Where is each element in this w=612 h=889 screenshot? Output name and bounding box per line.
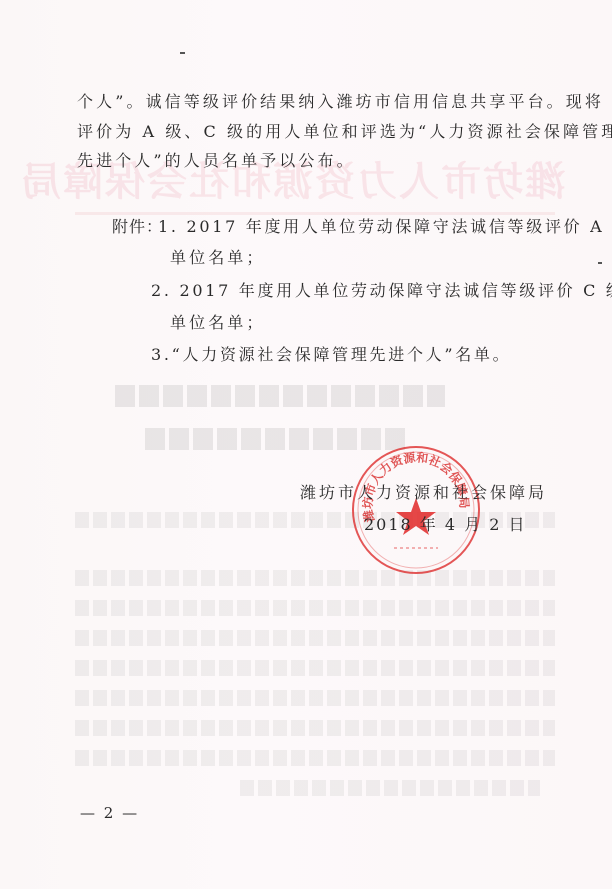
- bleed-through-line: [75, 570, 555, 586]
- issue-date: 2018 年 4 月 2 日: [364, 512, 527, 535]
- scan-speck: [598, 262, 602, 264]
- bleed-through-line: [75, 660, 555, 676]
- body-line-1: 个人”。诚信等级评价结果纳入潍坊市信用信息共享平台。现将: [77, 92, 604, 112]
- seal-graphic: 潍坊市人力资源和社会保障局: [354, 448, 478, 572]
- bleed-through-line: [240, 780, 540, 796]
- official-seal: 潍坊市人力资源和社会保障局: [352, 446, 480, 574]
- bleed-through-line: [75, 630, 555, 646]
- bleed-through-title-1: [115, 385, 445, 407]
- bleed-through-line: [75, 690, 555, 706]
- bleed-through-divider: [75, 212, 555, 215]
- document-page: 潍坊市人力资源和社会保障局 个人”。诚信等级评价结果纳入潍坊市信用信息共享平台。…: [0, 0, 612, 889]
- bleed-through-title-2: [145, 428, 405, 450]
- body-line-2: 评价为 A 级、C 级的用人单位和评选为“人力资源社会保障管理: [77, 122, 612, 142]
- page-number: — 2 —: [80, 804, 139, 822]
- attachment-3-line-1: 3.“人力资源社会保障管理先进个人”名单。: [151, 345, 511, 365]
- bleed-through-line: [75, 600, 555, 616]
- attachment-2-line-1: 2. 2017 年度用人单位劳动保障守法诚信等级评价 C 级: [151, 281, 612, 301]
- attachments-label: 附件：: [112, 217, 163, 237]
- issuer-name: 潍坊市人力资源和社会保障局: [300, 480, 547, 503]
- attachment-1-line-2: 单位名单；: [170, 248, 266, 268]
- scan-speck: [180, 52, 185, 54]
- attachment-1-line-1: 1. 2017 年度用人单位劳动保障守法诚信等级评价 A 级: [158, 217, 612, 237]
- attachment-2-line-2: 单位名单；: [170, 313, 266, 333]
- bleed-through-line: [75, 720, 555, 736]
- bleed-through-line: [75, 750, 555, 766]
- body-line-3: 先进个人”的人员名单予以公布。: [77, 151, 356, 171]
